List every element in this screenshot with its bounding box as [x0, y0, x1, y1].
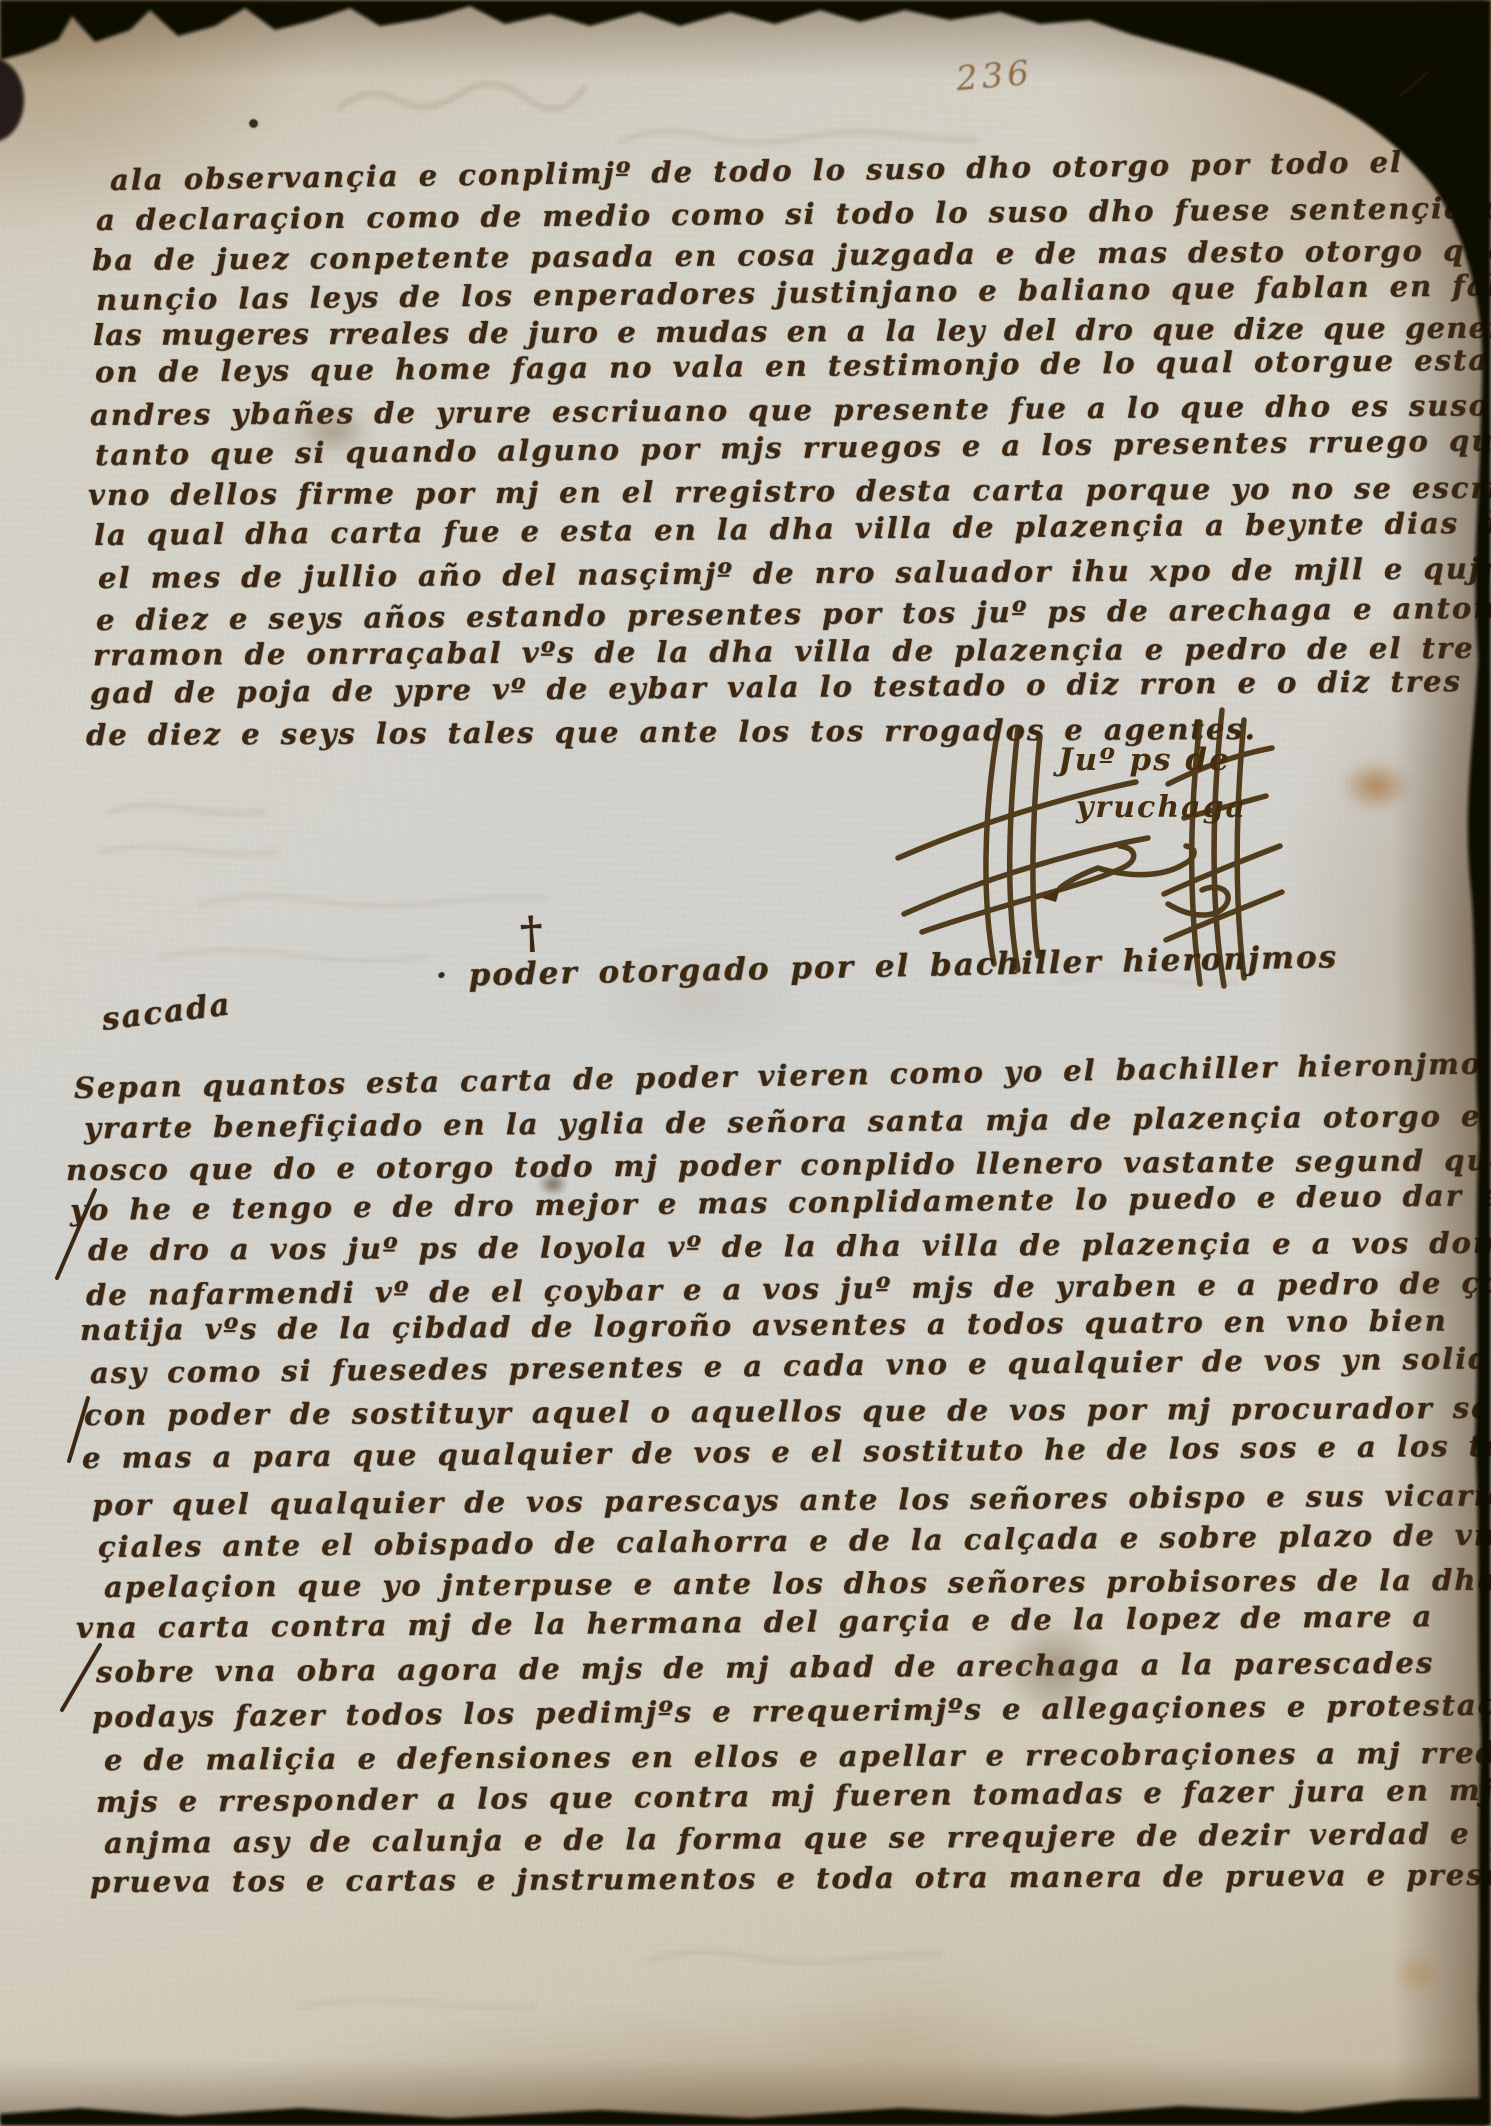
rubric-right-diagonal — [1166, 892, 1282, 940]
signature-name-line2: yruchaga — [1076, 790, 1247, 825]
rubric-right-diagonal — [1164, 846, 1280, 894]
folio-number: 236 — [954, 53, 1034, 100]
rubric-loop — [1168, 887, 1228, 915]
rubric-right-stroke — [1237, 720, 1244, 978]
rubric-left-swoop — [922, 846, 1134, 932]
rubric-left-stroke — [1033, 736, 1040, 956]
manuscript-line: apelaçion que yo jnterpuse e ante los dh… — [104, 1563, 1491, 1604]
manuscript-line: prueva tos e cartas e jnstrumentos e tod… — [90, 1857, 1491, 1899]
manuscript-line: de dro a vos juº ps de loyola vº de la d… — [88, 1225, 1491, 1267]
rubric-left-stroke — [1010, 728, 1018, 970]
manuscript-scan: 236 ala observançia e conplimjº de todo … — [0, 0, 1491, 2126]
manuscript-line: e de maliçia e defensiones en ellos e ap… — [104, 1736, 1491, 1777]
rubric-underline-tail — [1060, 868, 1098, 888]
rubric-left-diagonal — [904, 838, 1148, 914]
rubric-dart — [1042, 888, 1060, 902]
manuscript-line: con poder de sostituyr aquel o aquellos … — [84, 1390, 1491, 1432]
rubric-left-stroke — [986, 740, 996, 964]
notarial-cross-mark: † — [519, 907, 545, 959]
rubric-underline — [1098, 846, 1194, 875]
signature-name-line1: Juº ps de — [1058, 742, 1231, 778]
